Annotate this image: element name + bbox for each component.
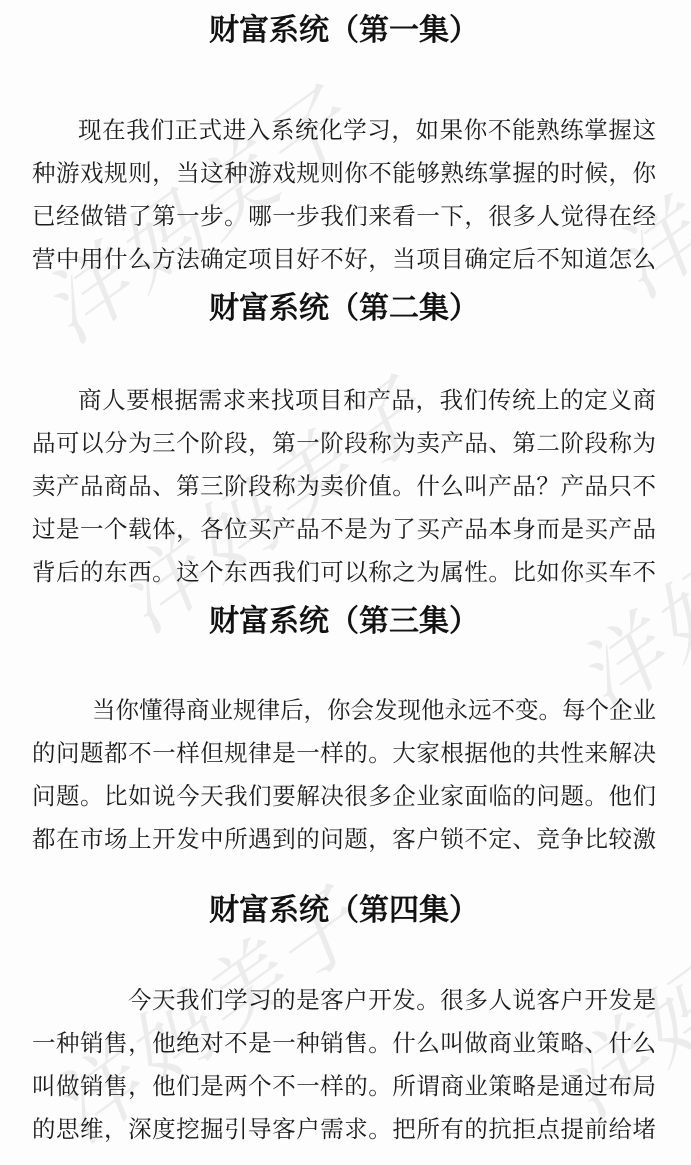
section-2: 财富系统（第二集） 商人要根据需求来找项目和产品，我们传统上的定义商品可以分为三… [32, 288, 656, 595]
text-line: 品可以分为三个阶段，第一阶段称为卖产品、第二阶段称为 [32, 423, 656, 466]
section-3-title: 财富系统（第三集） [32, 601, 656, 643]
text-line: 都在市场上开发中所遇到的问题，客户锁不定、竞争比较激 [32, 819, 656, 862]
section-1-title: 财富系统（第一集） [32, 10, 656, 52]
section-3: 财富系统（第三集） 当你懂得商业规律后，你会发现他永远不变。每个企业的问题都不一… [32, 601, 656, 862]
text-line: 过是一个载体，各位买产品不是为了买产品本身而是买产品 [32, 509, 656, 552]
document-content: 财富系统（第一集） 现在我们正式进入系统化学习，如果你不能熟练掌握这种游戏规则，… [0, 10, 691, 1152]
section-1-paragraph: 现在我们正式进入系统化学习，如果你不能熟练掌握这种游戏规则，当这种游戏规则你不能… [32, 110, 656, 282]
section-4-paragraph: 今天我们学习的是客户开发。很多人说客户开发是一种销售，他绝对不是一种销售。什么叫… [32, 980, 656, 1152]
text-line: 一种销售，他绝对不是一种销售。什么叫做商业策略、什么 [32, 1023, 656, 1066]
document-page: 洋妈美子 洋妈美子 洋妈美子 洋妈美子 洋妈美子 洋妈美子 财富系统（第一集） … [0, 0, 691, 1165]
section-1: 财富系统（第一集） 现在我们正式进入系统化学习，如果你不能熟练掌握这种游戏规则，… [32, 10, 656, 282]
text-line: 的思维，深度挖掘引导客户需求。把所有的抗拒点提前给堵 [32, 1109, 656, 1152]
text-line: 营中用什么方法确定项目好不好，当项目确定后不知道怎么 [32, 239, 656, 282]
section-2-title: 财富系统（第二集） [32, 288, 656, 330]
text-line: 商人要根据需求来找项目和产品，我们传统上的定义商 [32, 380, 656, 423]
section-4: 财富系统（第四集） 今天我们学习的是客户开发。很多人说客户开发是一种销售，他绝对… [32, 890, 656, 1152]
text-line: 卖产品商品、第三阶段称为卖价值。什么叫产品？产品只不 [32, 466, 656, 509]
text-line: 背后的东西。这个东西我们可以称之为属性。比如你买车不 [32, 552, 656, 595]
text-line: 的问题都不一样但规律是一样的。大家根据他的共性来解决 [32, 733, 656, 776]
text-line: 叫做销售，他们是两个不一样的。所谓商业策略是通过布局 [32, 1066, 656, 1109]
text-line: 今天我们学习的是客户开发。很多人说客户开发是 [32, 980, 656, 1023]
text-line: 种游戏规则，当这种游戏规则你不能够熟练掌握的时候，你 [32, 153, 656, 196]
section-2-paragraph: 商人要根据需求来找项目和产品，我们传统上的定义商品可以分为三个阶段，第一阶段称为… [32, 380, 656, 595]
text-line: 当你懂得商业规律后，你会发现他永远不变。每个企业 [32, 690, 656, 733]
text-line: 现在我们正式进入系统化学习，如果你不能熟练掌握这 [32, 110, 656, 153]
section-4-title: 财富系统（第四集） [32, 890, 656, 932]
section-3-paragraph: 当你懂得商业规律后，你会发现他永远不变。每个企业的问题都不一样但规律是一样的。大… [32, 690, 656, 862]
text-line: 已经做错了第一步。哪一步我们来看一下，很多人觉得在经 [32, 196, 656, 239]
text-line: 问题。比如说今天我们要解决很多企业家面临的问题。他们 [32, 776, 656, 819]
